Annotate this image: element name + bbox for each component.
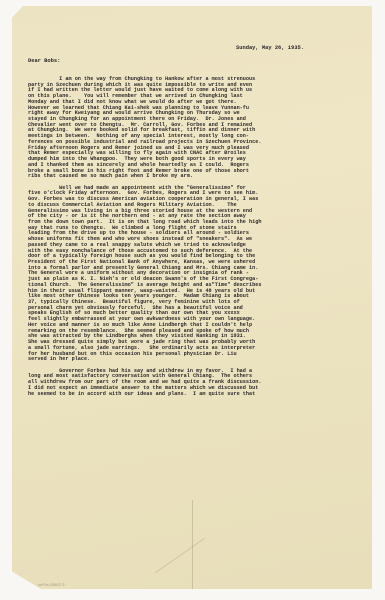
paragraph-2: Well we had made an appointment with the… — [28, 186, 261, 363]
letter-body: I am on the way from Chungking to Hankow… — [28, 77, 261, 397]
scanned-document: Sunday, May 26, 1935. Dear Bobs: I am on… — [0, 0, 385, 600]
catalog-stamp: © 21985.Lrt.Pics — [38, 583, 65, 587]
letter-salutation: Dear Bobs: — [28, 58, 60, 64]
paragraph-1: I am on the way from Chungking to Hankow… — [28, 77, 261, 180]
paragraph-3: Governor Forbes had his say and withdrew… — [28, 369, 261, 398]
text-line: he seemed to be in accord with our ideas… — [28, 392, 261, 398]
letter-date: Sunday, May 26, 1935. — [236, 45, 304, 51]
